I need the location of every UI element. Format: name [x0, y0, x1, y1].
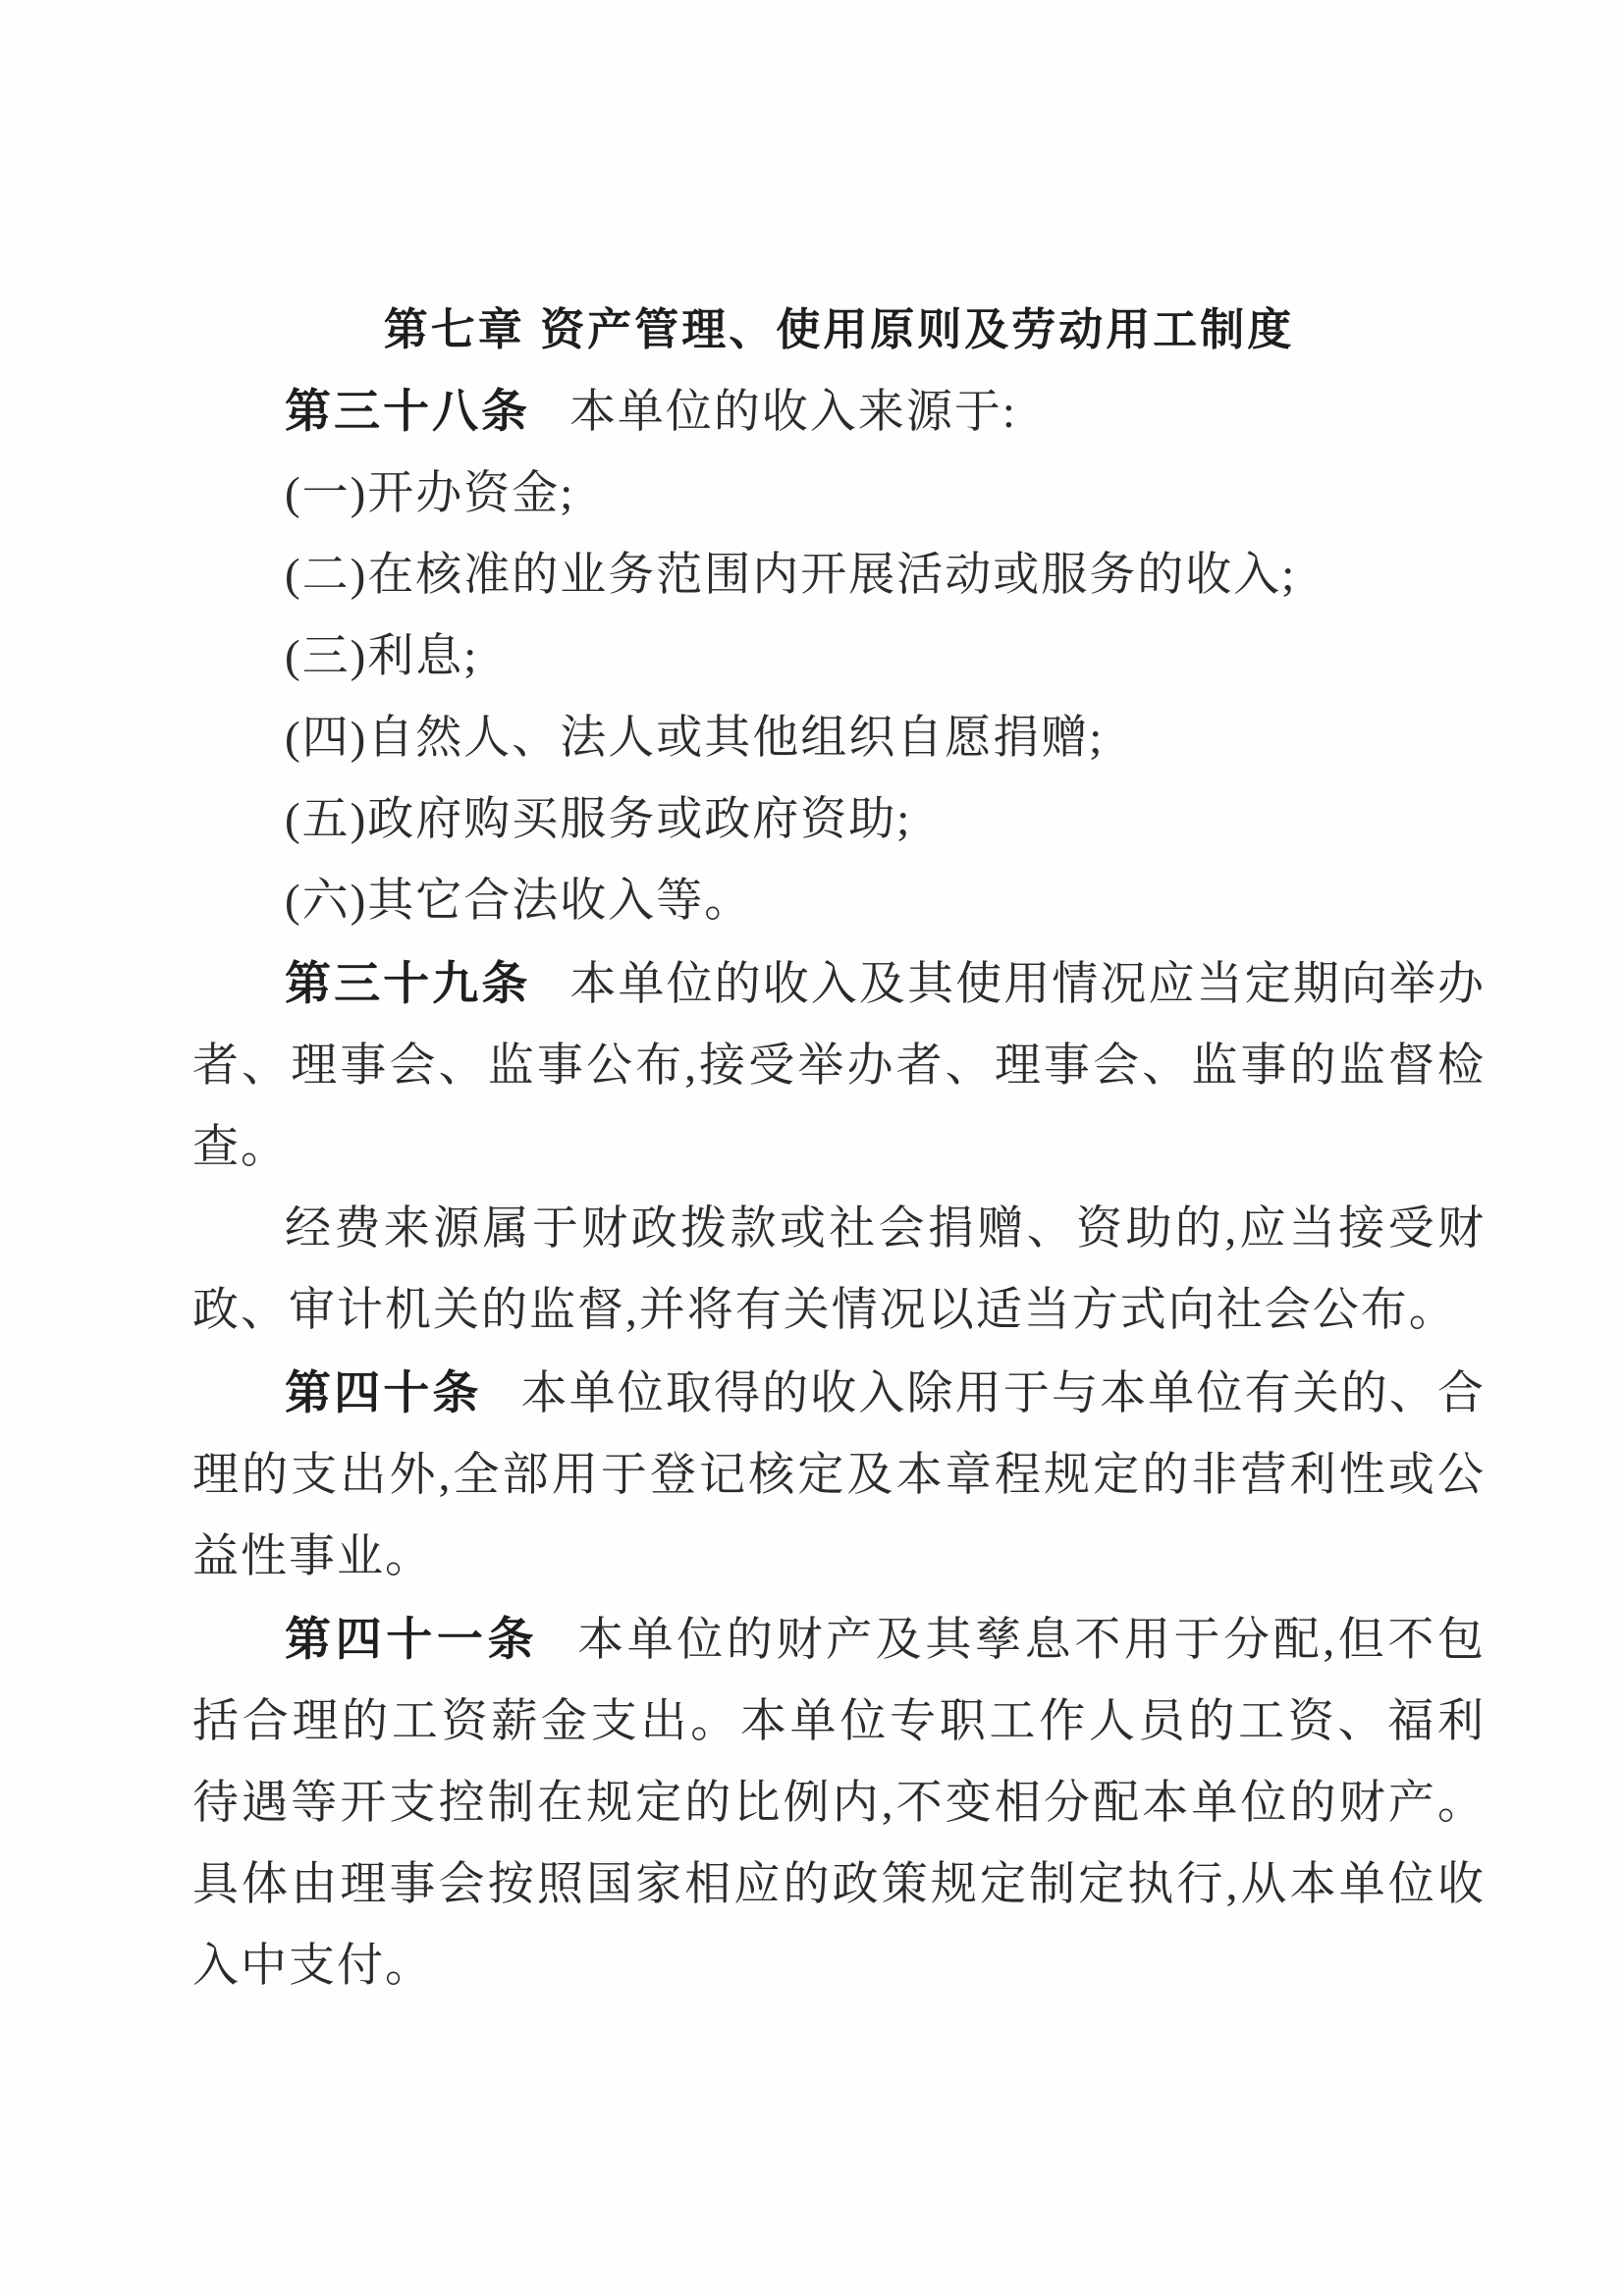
article-paragraph: 第四十条本单位取得的收入除用于与本单位有关的、合理的支出外,全部用于登记核定及本… [192, 1352, 1486, 1598]
paragraph-text: (二)在核准的业务范围内开展活动或服务的收入; [285, 550, 1296, 601]
chapter-body: 第三十八条本单位的收入来源于:(一)开办资金;(二)在核准的业务范围内开展活动或… [192, 370, 1486, 2007]
paragraph-text: 经费来源属于财政拨款或社会捐赠、资助的,应当接受财政、审计机关的监督,并将有关情… [192, 1203, 1486, 1336]
article-paragraph: 第四十一条本单位的财产及其孳息不用于分配,但不包括合理的工资薪金支出。本单位专职… [192, 1598, 1486, 2007]
paragraph-text: (六)其它合法收入等。 [285, 876, 752, 927]
paragraph-text: (三)利息; [285, 631, 478, 682]
paragraph-text: (一)开办资金; [285, 468, 574, 519]
article-number: 第四十条 [285, 1366, 482, 1418]
body-paragraph: 经费来源属于财政拨款或社会捐赠、资助的,应当接受财政、审计机关的监督,并将有关情… [192, 1189, 1486, 1352]
article-paragraph: 第三十八条本单位的收入来源于: [192, 370, 1486, 454]
article-number: 第四十一条 [285, 1613, 538, 1665]
body-paragraph: (三)利息; [192, 616, 1486, 698]
article-paragraph: 第三十九条本单位的收入及其使用情况应当定期向举办者、理事会、监事公布,接受举办者… [192, 942, 1486, 1189]
body-paragraph: (五)政府购买服务或政府资助; [192, 779, 1486, 861]
document-page: 第七章 资产管理、使用原则及劳动用工制度 第三十八条本单位的收入来源于:(一)开… [0, 0, 1623, 2296]
body-paragraph: (一)开办资金; [192, 454, 1486, 535]
paragraph-text: (四)自然人、法人或其他组织自愿捐赠; [285, 713, 1104, 764]
body-paragraph: (六)其它合法收入等。 [192, 861, 1486, 942]
article-number: 第三十九条 [285, 957, 530, 1009]
article-number: 第三十八条 [285, 385, 530, 437]
body-paragraph: (四)自然人、法人或其他组织自愿捐赠; [192, 698, 1486, 779]
chapter-title: 第七章 资产管理、使用原则及劳动用工制度 [192, 289, 1486, 370]
paragraph-text: (五)政府购买服务或政府资助; [285, 794, 911, 845]
paragraph-text: 本单位的财产及其孳息不用于分配,但不包括合理的工资薪金支出。本单位专职工作人员的… [192, 1615, 1486, 1992]
paragraph-text: 本单位的收入来源于: [569, 387, 1017, 438]
body-paragraph: (二)在核准的业务范围内开展活动或服务的收入; [192, 535, 1486, 616]
